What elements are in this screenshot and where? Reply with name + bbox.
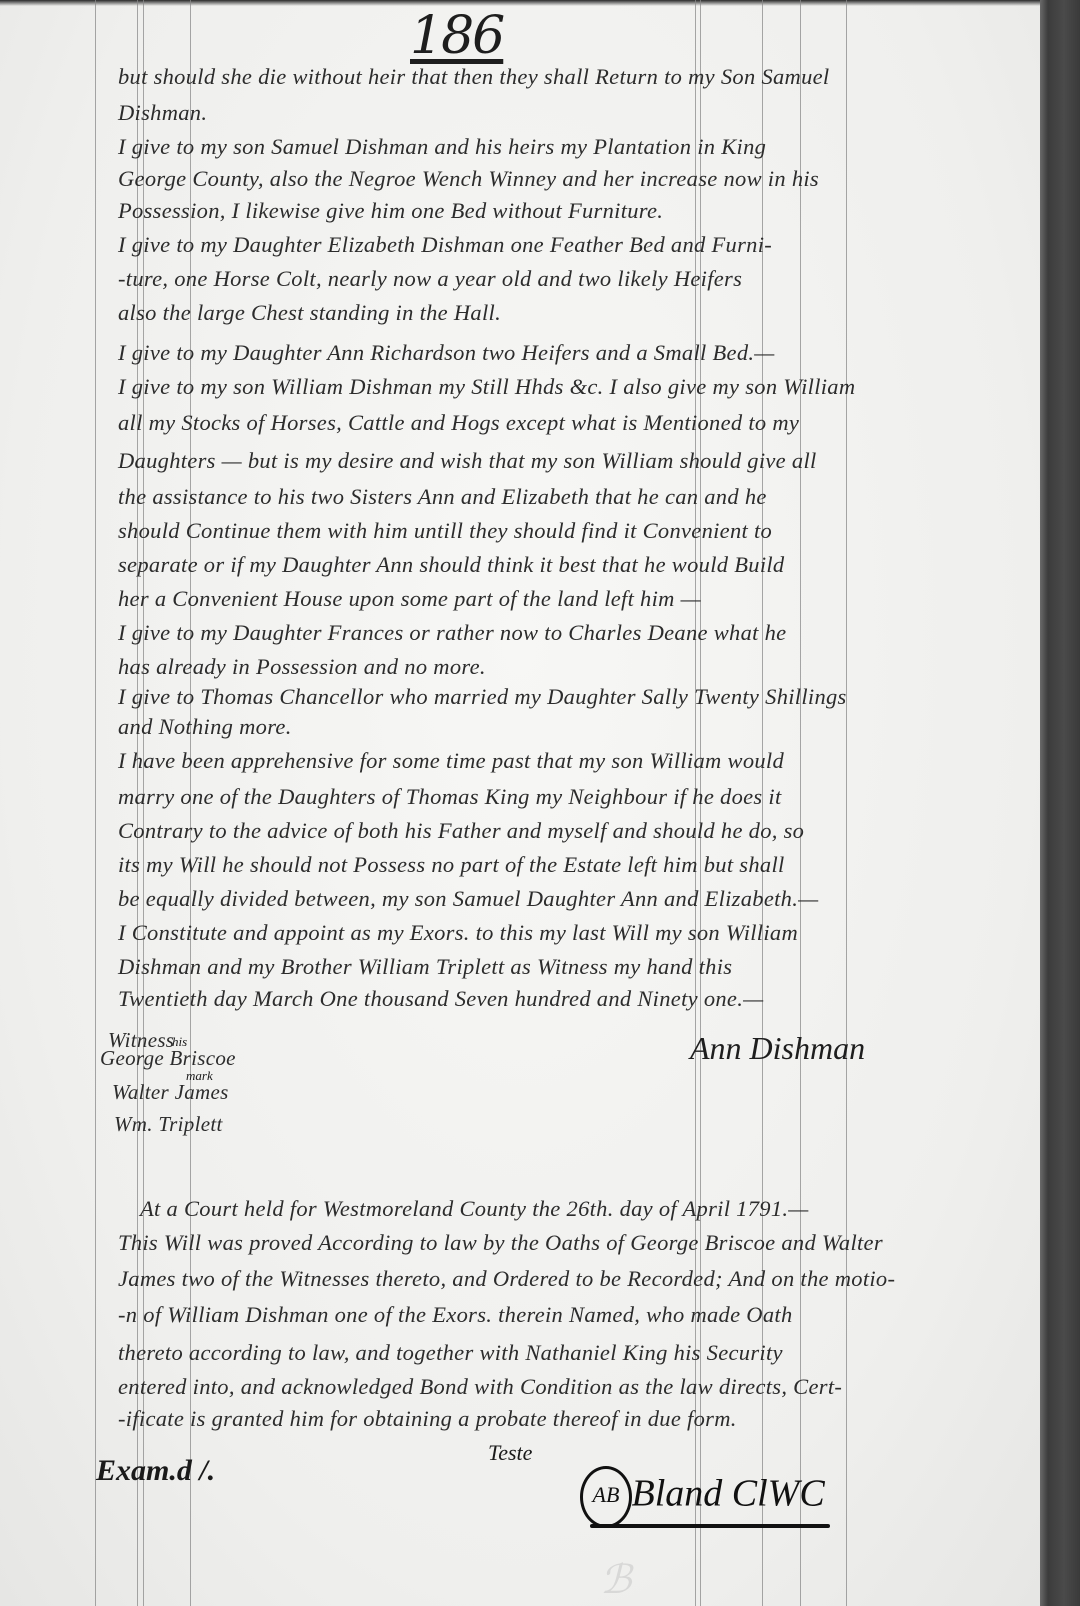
body-line: Possession, I likewise give him one Bed …	[118, 198, 663, 224]
body-line: the assistance to his two Sisters Ann an…	[118, 484, 767, 510]
body-line: I have been apprehensive for some time p…	[118, 748, 784, 774]
witness-name: Walter James	[112, 1080, 229, 1105]
body-line: I give to my son William Dishman my Stil…	[118, 374, 855, 400]
body-line: -ture, one Horse Colt, nearly now a year…	[118, 266, 742, 292]
witness-name: Wm. Triplett	[114, 1112, 223, 1137]
court-line: thereto according to law, and together w…	[118, 1340, 783, 1366]
body-line: should Continue them with him untill the…	[118, 518, 772, 544]
clerk-signature: AB Bland ClWC	[580, 1466, 825, 1528]
body-line: George County, also the Negroe Wench Win…	[118, 166, 819, 192]
ruling-line	[800, 0, 801, 1606]
body-line: Daughters — but is my desire and wish th…	[118, 448, 817, 474]
body-line: I give to my Daughter Elizabeth Dishman …	[118, 232, 772, 258]
page-number: 186	[410, 6, 503, 66]
body-line: all my Stocks of Horses, Cattle and Hogs…	[118, 410, 799, 436]
body-line: I give to Thomas Chancellor who married …	[118, 684, 847, 710]
binding-edge	[1040, 0, 1080, 1606]
clerk-monogram: AB	[580, 1466, 632, 1528]
body-line: I Constitute and appoint as my Exors. to…	[118, 920, 798, 946]
bleed-through-signature: ℬ	[600, 1556, 631, 1603]
examined-note: Exam.d /.	[96, 1454, 215, 1488]
body-line: also the large Chest standing in the Hal…	[118, 300, 501, 326]
court-line: -ificate is granted him for obtaining a …	[118, 1406, 737, 1432]
body-line: and Nothing more.	[118, 714, 292, 740]
body-line: marry one of the Daughters of Thomas Kin…	[118, 784, 782, 810]
body-line: Dishman and my Brother William Triplett …	[118, 954, 732, 980]
page-top-shadow	[0, 0, 1080, 6]
body-line: Twentieth day March One thousand Seven h…	[118, 986, 763, 1012]
teste-label: Teste	[488, 1440, 532, 1466]
body-line: but should she die without heir that the…	[118, 64, 829, 90]
signature-flourish	[590, 1524, 830, 1528]
body-line: has already in Possession and no more.	[118, 654, 486, 680]
body-line: be equally divided between, my son Samue…	[118, 886, 818, 912]
body-line: I give to my Daughter Ann Richardson two…	[118, 340, 775, 366]
ruling-line	[846, 0, 847, 1606]
court-line: -n of William Dishman one of the Exors. …	[118, 1302, 793, 1328]
clerk-signature-text: Bland ClWC	[632, 1473, 825, 1515]
body-line: Contrary to the advice of both his Fathe…	[118, 818, 804, 844]
body-line: separate or if my Daughter Ann should th…	[118, 552, 784, 578]
court-line: James two of the Witnesses thereto, and …	[118, 1266, 895, 1292]
body-line: Dishman.	[118, 100, 207, 126]
body-line: her a Convenient House upon some part of…	[118, 586, 701, 612]
witness-name: George Briscoe	[100, 1046, 236, 1071]
body-line: I give to my Daughter Frances or rather …	[118, 620, 786, 646]
body-line: its my Will he should not Possess no par…	[118, 852, 785, 878]
testator-signature: Ann Dishman	[690, 1030, 865, 1067]
ruling-line	[95, 0, 96, 1606]
court-line: At a Court held for Westmoreland County …	[140, 1196, 809, 1222]
court-line: entered into, and acknowledged Bond with…	[118, 1374, 842, 1400]
body-line: I give to my son Samuel Dishman and his …	[118, 134, 766, 160]
court-line: This Will was proved According to law by…	[118, 1230, 883, 1256]
